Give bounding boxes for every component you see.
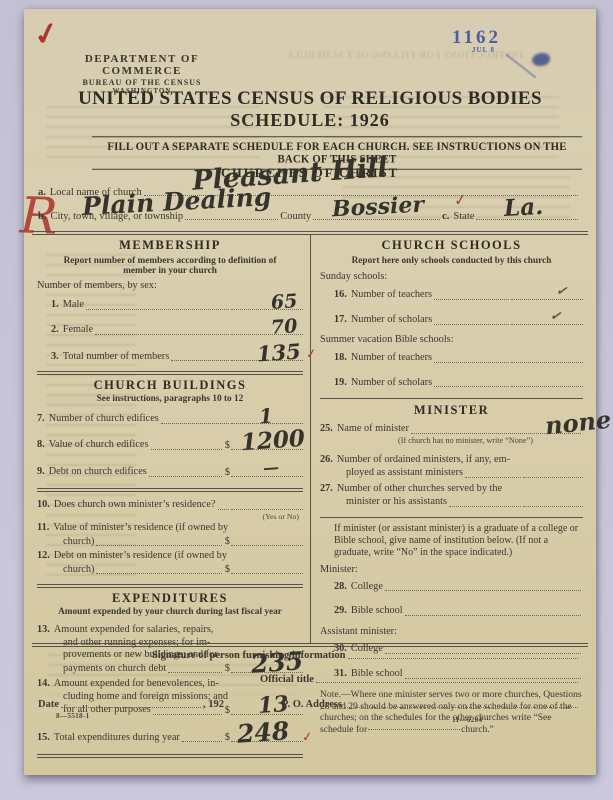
question-label: Does church own minister’s residence? — [54, 499, 216, 512]
signature-label: Signature of person furnishing informati… — [152, 650, 346, 661]
membership-heading: MEMBERSHIP — [37, 238, 303, 254]
question-label: Amount expended for salaries, repairs, — [54, 624, 214, 637]
scanned-census-form: { "scan": { "stamp_number": "1162", "sta… — [0, 0, 613, 800]
section-divider — [37, 584, 303, 588]
year-prefix: , 192 — [203, 699, 224, 710]
answer-line — [511, 361, 583, 363]
minister-subsection-header: Minister: — [320, 564, 583, 577]
dotted-blank — [182, 740, 222, 742]
answer-line — [231, 448, 303, 450]
ink-smudge — [532, 53, 550, 66]
agency-bureau: BUREAU OF THE CENSUS — [54, 78, 230, 87]
county-label: County — [280, 211, 311, 222]
dotted-blank — [86, 308, 229, 310]
question-label: Number of scholars — [351, 377, 432, 390]
question-number: 19. — [334, 377, 351, 390]
dotted-blank — [149, 475, 222, 477]
expenditures-subheading: Amount expended by your church during la… — [37, 607, 303, 618]
handwritten-value-male: 65 — [270, 290, 298, 316]
dotted-blank — [434, 385, 509, 387]
official-title-row: Official title — [38, 674, 580, 685]
question-row-27-line2: minister or his assistants — [320, 496, 583, 509]
question-row-8: 8. Value of church edifices $ 1200 — [37, 439, 303, 452]
answer-line — [231, 572, 303, 574]
dotted-blank — [96, 544, 221, 546]
question-label: Number of teachers — [351, 289, 432, 302]
dotted-blank — [61, 706, 201, 708]
dotted-blank — [465, 476, 521, 478]
handwritten-value-total: 135 — [256, 339, 302, 368]
answer-line — [231, 333, 303, 335]
question-label: Number of ordained ministers, if any, em… — [337, 454, 510, 467]
note-text-tail: church.” — [461, 724, 494, 735]
answer-line — [231, 740, 303, 742]
dotted-blank — [405, 614, 581, 616]
question-row-2: 2. Female 70 — [37, 324, 303, 337]
question-label: Number of other churches served by the — [337, 483, 502, 496]
answer-line — [231, 713, 303, 715]
answer-line — [511, 323, 583, 325]
date-address-row: Date , 192 P. O. Address — [38, 699, 580, 710]
question-label: Male — [63, 299, 84, 312]
note-paragraph: Note.—Where one minister serves two or m… — [320, 689, 583, 736]
footer-divider — [32, 643, 588, 647]
red-checkmark: ✓ — [453, 190, 468, 210]
question-label: Number of church edifices — [49, 413, 159, 426]
answer-line — [231, 422, 303, 424]
dotted-blank — [171, 359, 229, 361]
dollar-sign: $ — [224, 731, 231, 744]
instructions-banner: FILL OUT A SEPARATE SCHEDULE FOR EACH CH… — [92, 136, 582, 170]
question-number: 10. — [37, 499, 54, 512]
section-divider — [37, 371, 303, 375]
dotted-blank — [449, 505, 521, 507]
red-checkmark: ✓ — [301, 729, 314, 747]
dotted-blank — [344, 706, 578, 708]
question-label: Number of teachers — [351, 352, 432, 365]
field-b-label: City, town, village, or township — [50, 211, 183, 222]
question-number: 29. — [334, 605, 351, 618]
buildings-heading: CHURCH BUILDINGS — [37, 378, 303, 394]
minister-none-hint: (If church has no minister, write “None”… — [398, 436, 583, 446]
assistant-subsection-header: Assistant minister: — [320, 626, 583, 639]
handwritten-value-edifice-value: 1200 — [240, 425, 306, 458]
question-number: 2. — [51, 324, 63, 337]
dollar-sign: $ — [224, 563, 231, 576]
question-row-26-line2: ployed as assistant ministers — [320, 467, 583, 480]
summer-schools-header: Summer vacation Bible schools: — [320, 334, 583, 347]
dotted-blank — [96, 572, 221, 574]
question-label: Value of church edifices — [49, 439, 149, 452]
answer-line — [231, 508, 303, 510]
question-row-12-line2: church) $ — [37, 563, 303, 576]
date-label: Date — [38, 699, 59, 710]
question-number: 12. — [37, 550, 54, 563]
po-address-label: P. O. Address — [282, 699, 342, 710]
question-number: 8. — [37, 439, 49, 452]
answer-line — [523, 505, 583, 507]
question-row-17: 17. Number of scholars ✓ — [320, 314, 583, 327]
question-row-28: 28. College — [320, 581, 583, 594]
question-number: 16. — [334, 289, 351, 302]
expenditures-heading: EXPENDITURES — [37, 591, 303, 607]
received-stamp: 1162 JUL 8 — [452, 27, 501, 54]
question-label-continued: church) — [63, 564, 94, 577]
question-label: Female — [63, 324, 93, 337]
question-row-25: 25. Name of minister none — [320, 423, 583, 436]
question-label: Name of minister — [337, 423, 409, 436]
question-number: 17. — [334, 314, 351, 327]
question-number: 13. — [37, 624, 54, 637]
form-title: UNITED STATES CENSUS OF RELIGIOUS BODIES — [24, 88, 596, 110]
question-row-1: 1. Male 65 — [37, 299, 303, 312]
red-checkmark-corner: ✓ — [31, 15, 63, 54]
buildings-subheading: See instructions, paragraphs 10 to 12 — [37, 394, 303, 405]
form-body: MEMBERSHIP Report number of members acco… — [37, 235, 583, 643]
question-row-13-line1: 13. Amount expended for salaries, repair… — [37, 624, 303, 637]
question-label: College — [351, 581, 383, 594]
question-row-29: 29. Bible school — [320, 605, 583, 618]
question-number: 18. — [334, 352, 351, 365]
question-row-10: 10. Does church own minister’s residence… — [37, 499, 303, 512]
membership-subheading: Report number of members according to de… — [37, 256, 303, 267]
question-row-12-line1: 12. Debt on minister’s residence (if own… — [37, 550, 303, 563]
dotted-blank — [385, 589, 581, 591]
question-number: 9. — [37, 466, 49, 479]
dotted-blank — [153, 713, 222, 715]
answer-line — [231, 475, 303, 477]
question-label-continued: minister or his assistants — [346, 496, 447, 509]
dotted-blank — [434, 298, 509, 300]
question-number: 7. — [37, 413, 49, 426]
dotted-blank — [144, 194, 578, 196]
dotted-blank — [434, 323, 509, 325]
question-number: 27. — [320, 483, 337, 496]
question-row-19: 19. Number of scholars — [320, 377, 583, 390]
handwritten-value-female: 70 — [270, 315, 298, 341]
question-row-15: 15. Total expenditures during year $ 248… — [37, 731, 303, 744]
question-label-continued: church) — [63, 536, 94, 549]
dotted-blank — [95, 333, 229, 335]
section-divider — [37, 488, 303, 492]
question-row-16: 16. Number of teachers ✓ — [320, 289, 583, 302]
dotted-blank — [185, 218, 278, 220]
dollar-sign: $ — [224, 439, 231, 452]
census-schedule-page: INSTRUCTIONS FOR FILLING OUT SCHEDULE ✓ … — [24, 9, 596, 775]
state-label: State — [453, 211, 474, 222]
minister-heading: MINISTER — [320, 403, 583, 419]
membership-intro: Number of members, by sex: — [37, 280, 303, 293]
dotted-blank — [368, 728, 460, 730]
answer-line — [231, 308, 303, 310]
answer-line — [511, 298, 583, 300]
question-label: Debt on minister’s residence (if owned b… — [54, 550, 227, 563]
answer-line — [231, 544, 303, 546]
dollar-sign: $ — [224, 466, 231, 479]
field-city-county-state: b. City, town, village, or township Coun… — [38, 211, 580, 222]
section-divider — [37, 754, 303, 758]
dotted-blank — [434, 361, 509, 363]
question-label: Total expenditures during year — [54, 732, 180, 745]
question-number: 25. — [320, 423, 337, 436]
yes-no-hint: (Yes or No) — [37, 512, 299, 522]
left-column: MEMBERSHIP Report number of members acco… — [37, 235, 311, 643]
field-c-letter: c. — [442, 211, 453, 222]
dotted-blank — [218, 508, 229, 510]
question-row-18: 18. Number of teachers — [320, 352, 583, 365]
field-a-label: Local name of church — [50, 187, 142, 198]
question-label: Bible school — [351, 605, 403, 618]
answer-line — [523, 476, 583, 478]
agency-department: DEPARTMENT OF COMMERCE — [54, 53, 230, 77]
dotted-blank — [313, 218, 440, 220]
dotted-blank — [161, 422, 229, 424]
question-label: Debt on church edifices — [49, 466, 147, 479]
handwritten-value-edifices: 1 — [258, 403, 274, 429]
dotted-blank — [151, 448, 222, 450]
question-row-26-line1: 26. Number of ordained ministers, if any… — [320, 454, 583, 467]
answer-line — [231, 359, 303, 361]
denomination-heading: CHURCHES OF CHRIST — [24, 166, 596, 181]
question-number: 26. — [320, 454, 337, 467]
schools-heading: CHURCH SCHOOLS — [320, 238, 583, 254]
form-number-left: 8—5518-1 — [56, 712, 90, 720]
question-label: Value of minister’s residence (if owned … — [53, 522, 228, 535]
question-number: 28. — [334, 581, 351, 594]
form-number-right: 11—6204 — [452, 716, 482, 724]
question-label: Total number of members — [63, 351, 170, 364]
question-row-9: 9. Debt on church edifices $ — — [37, 466, 303, 479]
answer-line — [511, 385, 583, 387]
dollar-sign: $ — [224, 535, 231, 548]
dotted-blank — [316, 681, 578, 683]
dotted-blank — [476, 218, 578, 220]
question-number: 11. — [37, 522, 53, 535]
question-number: 1. — [51, 299, 63, 312]
schedule-title: SCHEDULE: 1926 — [24, 110, 596, 131]
handwritten-value-total-expenditures: 248 — [236, 715, 290, 750]
right-column: CHURCH SCHOOLS Report here only schools … — [311, 235, 583, 643]
question-row-3: 3. Total number of members 135 ✓ — [37, 351, 303, 364]
sunday-schools-header: Sunday schools: — [320, 271, 583, 284]
question-label: Number of scholars — [351, 314, 432, 327]
schools-subheading: Report here only schools conducted by th… — [320, 256, 583, 267]
field-a-letter: a. — [38, 187, 50, 198]
question-number: 3. — [51, 351, 63, 364]
question-number: 15. — [37, 732, 54, 745]
question-label-continued: ployed as assistant ministers — [346, 467, 463, 480]
field-b-letter: b. — [38, 211, 50, 222]
question-row-7: 7. Number of church edifices 1 — [37, 413, 303, 426]
graduate-instructions: If minister (or assistant minister) is a… — [320, 523, 583, 559]
membership-subheading: member in your church — [37, 266, 303, 277]
question-row-11-line2: church) $ — [37, 535, 303, 548]
question-row-11-line1: 11. Value of minister’s residence (if ow… — [37, 522, 303, 535]
section-divider — [320, 398, 583, 399]
dotted-blank — [348, 657, 579, 659]
field-local-name: a. Local name of church — [38, 187, 580, 198]
official-title-label: Official title — [260, 674, 314, 685]
section-divider — [320, 517, 583, 518]
dotted-blank — [411, 432, 581, 434]
question-row-27-line1: 27. Number of other churches served by t… — [320, 483, 583, 496]
signature-row: Signature of person furnishing informati… — [38, 650, 580, 661]
